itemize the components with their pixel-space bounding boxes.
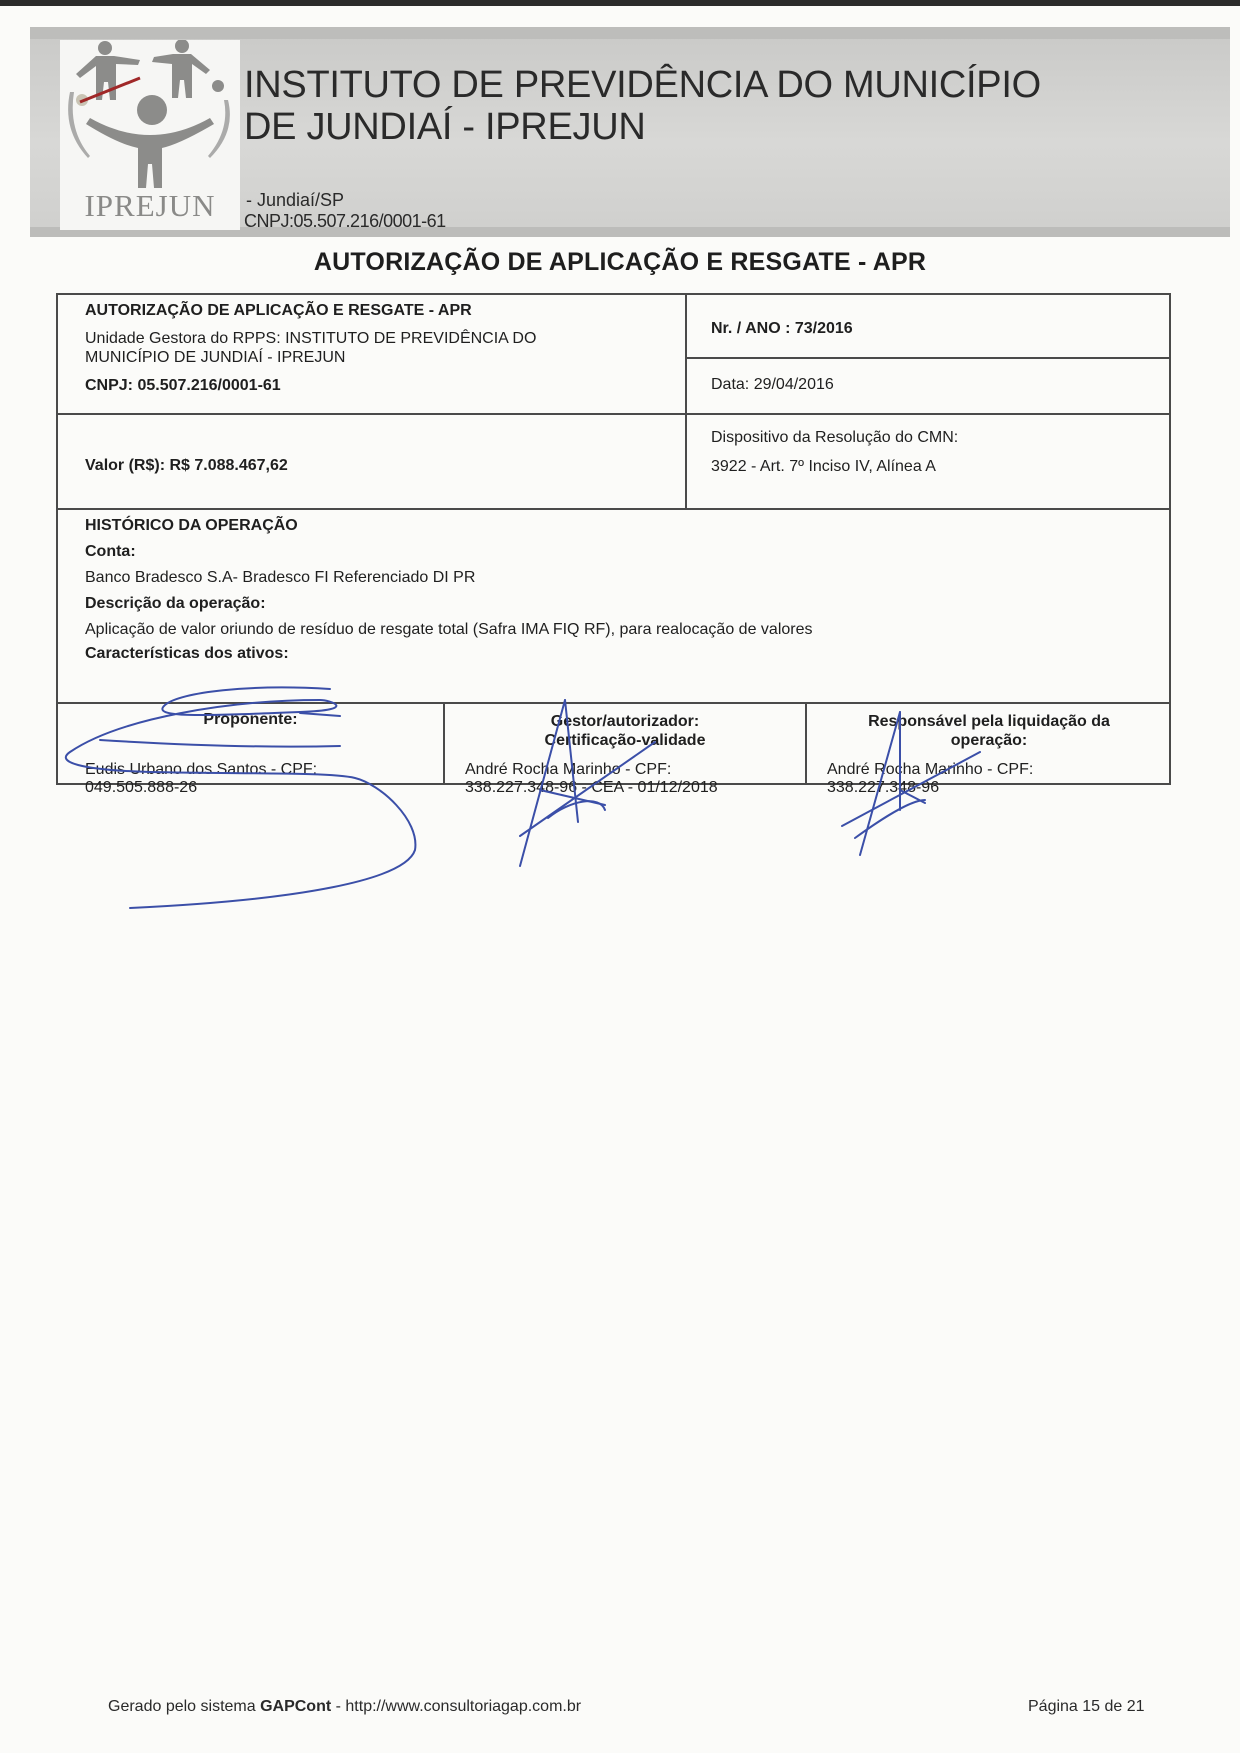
org-name-line2: DE JUNDIAÍ - IPREJUN (244, 106, 1041, 148)
unidade-gestora-cont: MUNICÍPIO DE JUNDIAÍ - IPREJUN (85, 349, 345, 367)
band-stripe-top (30, 27, 1230, 39)
proponente-cpf: 049.505.888-26 (85, 779, 197, 797)
people-circle-logo-icon (60, 40, 240, 190)
caracteristicas-label: Características dos ativos: (85, 645, 289, 663)
divider (685, 357, 1171, 359)
org-name: INSTITUTO DE PREVIDÊNCIA DO MUNICÍPIO DE… (244, 64, 1041, 148)
form-box-title: AUTORIZAÇÃO DE APLICAÇÃO E RESGATE - APR (85, 302, 472, 320)
conta-label: Conta: (85, 543, 136, 561)
page-number: Página 15 de 21 (1028, 1698, 1145, 1716)
responsavel-name: André Rocha Marinho - CPF: (827, 761, 1033, 779)
responsavel-cpf: 338.227.348-96 (827, 779, 939, 797)
apr-form-table: AUTORIZAÇÃO DE APLICAÇÃO E RESGATE - APR… (56, 293, 1171, 785)
divider (58, 702, 1171, 704)
descricao-value: Aplicação de valor oriundo de resíduo de… (85, 621, 813, 639)
org-name-line1: INSTITUTO DE PREVIDÊNCIA DO MUNICÍPIO (244, 64, 1041, 106)
proponente-name: Eudis Urbano dos Santos - CPF: (85, 761, 317, 779)
scan-top-edge (0, 0, 1240, 6)
footer-generated-by: Gerado pelo sistema GAPCont - http://www… (108, 1698, 581, 1716)
footer-prefix: Gerado pelo sistema (108, 1698, 260, 1715)
footer-url: - http://www.consultoriagap.com.br (331, 1698, 581, 1715)
unidade-gestora: Unidade Gestora do RPPS: INSTITUTO DE PR… (85, 330, 536, 348)
gestor-name: André Rocha Marinho - CPF: (465, 761, 671, 779)
org-cnpj: CNPJ:05.507.216/0001-61 (244, 211, 446, 232)
historico-title: HISTÓRICO DA OPERAÇÃO (85, 517, 298, 535)
document-title: AUTORIZAÇÃO DE APLICAÇÃO E RESGATE - APR (0, 248, 1240, 277)
valor-field: Valor (R$): R$ 7.088.467,62 (85, 457, 288, 475)
responsavel-label-cont: operação: (807, 732, 1171, 750)
conta-value: Banco Bradesco S.A- Bradesco FI Referenc… (85, 569, 475, 587)
proponente-label: Proponente: (58, 711, 443, 729)
descricao-label: Descrição da operação: (85, 595, 266, 613)
cnpj-field: CNPJ: 05.507.216/0001-61 (85, 377, 281, 395)
org-city: - Jundiaí/SP (246, 190, 344, 211)
divider (58, 413, 1171, 415)
divider (685, 295, 687, 508)
logo-wordmark: IPREJUN (60, 188, 240, 224)
responsavel-label: Responsável pela liquidação da (807, 713, 1171, 731)
gestor-label-cont: Certificação-validade (445, 732, 805, 750)
iprejun-logo: IPREJUN (60, 40, 240, 230)
gestor-cpf-cert: 338.227.348-96 - CEA - 01/12/2018 (465, 779, 718, 797)
divider (58, 508, 1171, 510)
dispositivo-value: 3922 - Art. 7º Inciso IV, Alínea A (711, 458, 936, 476)
dispositivo-label: Dispositivo da Resolução do CMN: (711, 429, 958, 447)
footer-system-name: GAPCont (260, 1698, 331, 1715)
data-field: Data: 29/04/2016 (711, 376, 834, 394)
gestor-label: Gestor/autorizador: (445, 713, 805, 731)
numero-ano-field: Nr. / ANO : 73/2016 (711, 320, 853, 338)
